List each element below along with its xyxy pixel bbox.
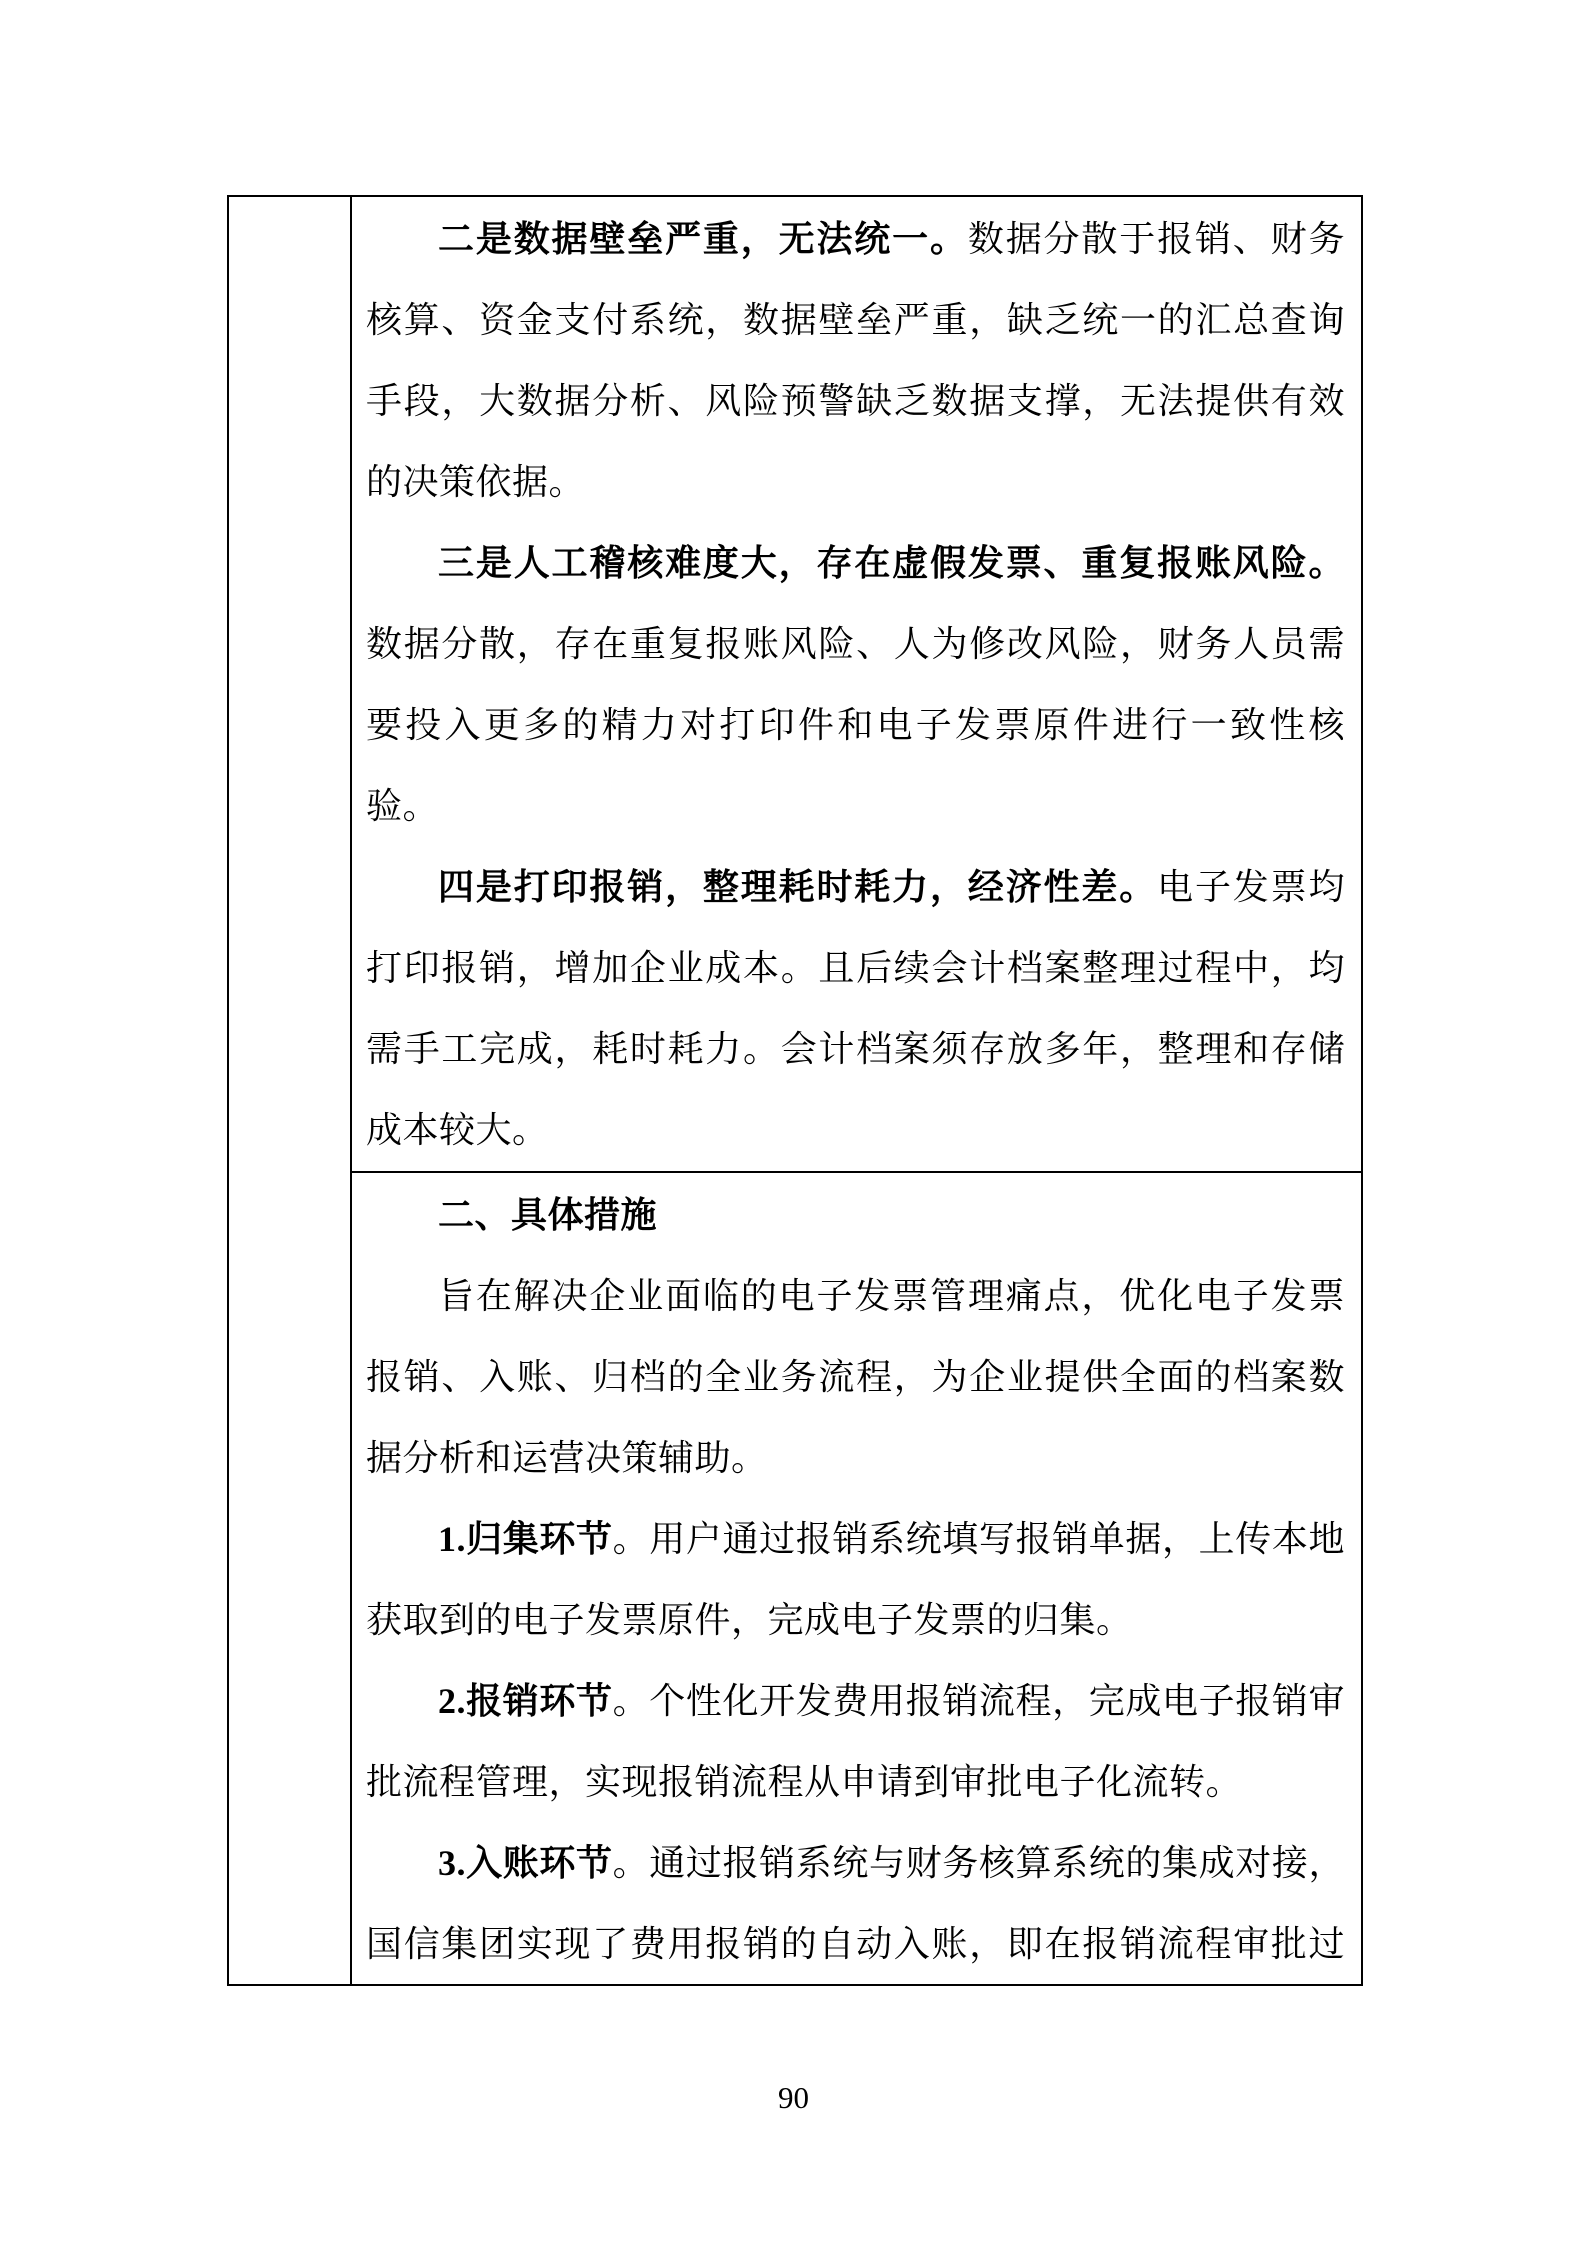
page-number: 90 — [0, 2080, 1587, 2116]
text-line: 的决策依据。 — [352, 442, 1361, 523]
text-line: 验。 — [352, 766, 1361, 847]
text-line: 数据分散，存在重复报账风险、人为修改风险，财务人员需 — [352, 604, 1361, 685]
bold-text-segment: 3.入账环节 — [438, 1843, 613, 1883]
bold-text-segment: 2.报销环节 — [438, 1681, 613, 1721]
text-segment: 打印报销，增加企业成本。且后续会计档案整理过程中，均 — [366, 948, 1345, 988]
text-segment: 电子发票均 — [1157, 867, 1345, 907]
text-segment: 手段，大数据分析、风险预警缺乏数据支撑，无法提供有效 — [366, 381, 1345, 421]
text-segment: 据分析和运营决策辅助。 — [366, 1438, 768, 1478]
pain-points-cell: 二是数据壁垒严重，无法统一。数据分散于报销、财务核算、资金支付系统，数据壁垒严重… — [352, 197, 1361, 1173]
bold-text-segment: 三是人工稽核难度大，存在虚假发票、重复报账风险。 — [438, 543, 1345, 583]
text-line: 国信集团实现了费用报销的自动入账，即在报销流程审批过 — [352, 1904, 1361, 1984]
text-segment: 成本较大。 — [366, 1110, 549, 1150]
table-right-column: 二是数据壁垒严重，无法统一。数据分散于报销、财务核算、资金支付系统，数据壁垒严重… — [352, 197, 1361, 1984]
text-segment: 报销、入账、归档的全业务流程，为企业提供全面的档案数 — [366, 1357, 1345, 1397]
bold-text-segment: 二是数据壁垒严重，无法统一。 — [438, 219, 968, 259]
text-line: 二、具体措施 — [352, 1175, 1361, 1256]
text-line: 四是打印报销，整理耗时耗力，经济性差。电子发票均 — [352, 847, 1361, 928]
text-segment: 需手工完成，耗时耗力。会计档案须存放多年，整理和存储 — [366, 1029, 1345, 1069]
text-segment: 国信集团实现了费用报销的自动入账，即在报销流程审批过 — [366, 1924, 1345, 1964]
text-segment: 获取到的电子发票原件，完成电子发票的归集。 — [366, 1600, 1133, 1640]
text-line: 二是数据壁垒严重，无法统一。数据分散于报销、财务 — [352, 199, 1361, 280]
text-segment: 验。 — [366, 786, 439, 826]
text-segment: 。个性化开发费用报销流程，完成电子报销审 — [613, 1681, 1345, 1721]
text-line: 获取到的电子发票原件，完成电子发票的归集。 — [352, 1580, 1361, 1661]
text-line: 旨在解决企业面临的电子发票管理痛点，优化电子发票 — [352, 1256, 1361, 1337]
text-line: 需手工完成，耗时耗力。会计档案须存放多年，整理和存储 — [352, 1009, 1361, 1090]
text-segment: 数据分散于报销、财务 — [968, 219, 1345, 259]
text-segment: 要投入更多的精力对打印件和电子发票原件进行一致性核 — [366, 705, 1345, 745]
bold-text-segment: 二、具体措施 — [438, 1195, 657, 1235]
table-left-column — [229, 197, 352, 1984]
measures-cell: 二、具体措施旨在解决企业面临的电子发票管理痛点，优化电子发票报销、入账、归档的全… — [352, 1173, 1361, 1984]
text-line: 2.报销环节。个性化开发费用报销流程，完成电子报销审 — [352, 1661, 1361, 1742]
text-segment: 批流程管理，实现报销流程从申请到审批电子化流转。 — [366, 1762, 1242, 1802]
text-line: 1.归集环节。用户通过报销系统填写报销单据，上传本地 — [352, 1499, 1361, 1580]
text-line: 成本较大。 — [352, 1090, 1361, 1171]
text-line: 要投入更多的精力对打印件和电子发票原件进行一致性核 — [352, 685, 1361, 766]
text-segment: 旨在解决企业面临的电子发票管理痛点，优化电子发票 — [438, 1276, 1345, 1316]
bold-text-segment: 1.归集环节 — [438, 1519, 613, 1559]
text-segment: 数据分散，存在重复报账风险、人为修改风险，财务人员需 — [366, 624, 1345, 664]
text-line: 据分析和运营决策辅助。 — [352, 1418, 1361, 1499]
text-line: 三是人工稽核难度大，存在虚假发票、重复报账风险。 — [352, 523, 1361, 604]
text-line: 打印报销，增加企业成本。且后续会计档案整理过程中，均 — [352, 928, 1361, 1009]
text-line: 手段，大数据分析、风险预警缺乏数据支撑，无法提供有效 — [352, 361, 1361, 442]
text-segment: 的决策依据。 — [366, 462, 585, 502]
text-segment: 核算、资金支付系统，数据壁垒严重，缺乏统一的汇总查询 — [366, 300, 1345, 340]
text-line: 报销、入账、归档的全业务流程，为企业提供全面的档案数 — [352, 1337, 1361, 1418]
text-line: 3.入账环节。通过报销系统与财务核算系统的集成对接， — [352, 1823, 1361, 1904]
text-segment: 。通过报销系统与财务核算系统的集成对接， — [613, 1843, 1345, 1883]
bold-text-segment: 四是打印报销，整理耗时耗力，经济性差。 — [438, 867, 1157, 907]
text-line: 核算、资金支付系统，数据壁垒严重，缺乏统一的汇总查询 — [352, 280, 1361, 361]
document-table: 二是数据壁垒严重，无法统一。数据分散于报销、财务核算、资金支付系统，数据壁垒严重… — [227, 195, 1363, 1986]
text-segment: 。用户通过报销系统填写报销单据，上传本地 — [613, 1519, 1345, 1559]
text-line: 批流程管理，实现报销流程从申请到审批电子化流转。 — [352, 1742, 1361, 1823]
